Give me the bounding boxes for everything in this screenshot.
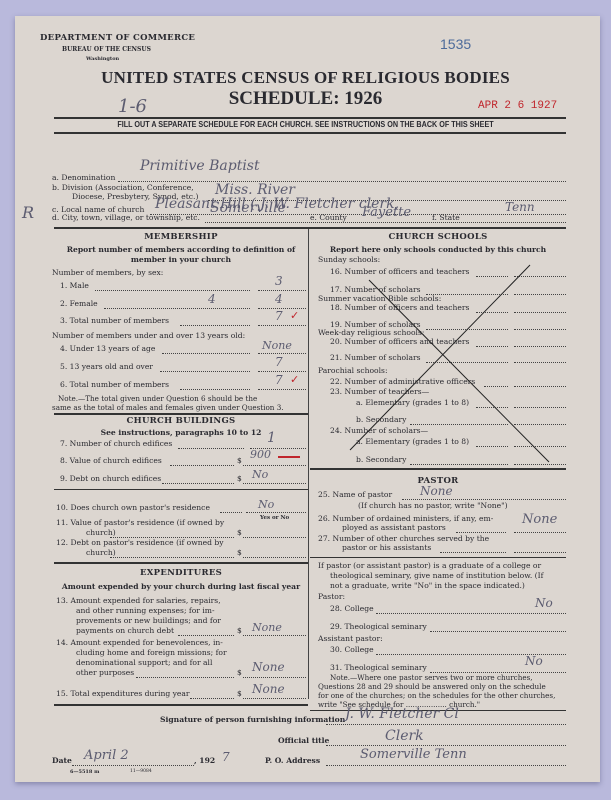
q28-label: 28. College: [330, 604, 374, 613]
dollar-sign: $: [237, 548, 242, 557]
divider: [310, 468, 566, 470]
city-line: [205, 222, 566, 223]
q14-line: [136, 677, 234, 678]
q14-line-3: denominational support; and for all: [76, 658, 212, 667]
red-check-4: 4: [208, 292, 216, 306]
q13-value[interactable]: None: [252, 621, 282, 634]
red-handwritten-mark: 1-6: [118, 96, 147, 117]
q15-label: 15. Total expenditures during year: [56, 689, 190, 698]
residence-debt-answer-line: [243, 557, 306, 558]
city-label: Washington: [86, 56, 119, 62]
q27-answer-line: [514, 552, 566, 553]
residence-line: [220, 512, 242, 513]
q26-answer-line: [514, 532, 566, 533]
po-address-value[interactable]: Somerville Tenn: [360, 747, 467, 762]
q28-value[interactable]: No: [535, 596, 553, 610]
edifices-label: 7. Number of church edifices: [60, 439, 172, 448]
margin-mark: R: [22, 203, 34, 222]
q13-line-2: and other running expenses; for im-: [76, 606, 215, 615]
q26-label-2: ployed as assistant pastors: [342, 523, 446, 532]
female-value[interactable]: 4: [275, 292, 283, 306]
dollar-sign: $: [237, 456, 242, 465]
q26-value[interactable]: None: [522, 512, 557, 527]
denomination-value[interactable]: Primitive Baptist: [140, 158, 260, 174]
department-label: DEPARTMENT OF COMMERCE: [40, 33, 195, 43]
signature-line: [326, 724, 566, 725]
county-value[interactable]: Fayette: [362, 205, 411, 220]
expenditures-sub: Amount expended by your church during la…: [54, 582, 308, 591]
total-value[interactable]: 7: [275, 309, 283, 323]
red-underline: [278, 456, 300, 458]
q27-line: [440, 552, 506, 553]
total2-answer-line: [258, 389, 306, 390]
divider: [54, 227, 566, 229]
under13-line: [162, 353, 250, 354]
form-title: UNITED STATES CENSUS OF RELIGIOUS BODIES: [0, 68, 611, 88]
q15-value[interactable]: None: [252, 682, 285, 696]
pastor-sublabel: Pastor:: [318, 592, 345, 601]
expenditures-heading: EXPENDITURES: [54, 568, 308, 578]
membership-note-2: same as the total of males and females g…: [52, 403, 284, 412]
residence-value-answer-line: [243, 537, 306, 538]
over13-answer-line: [258, 371, 306, 372]
yes-no-hint: Yes or No: [260, 515, 289, 521]
residence-debt-label-2: church): [86, 548, 116, 557]
over13-label: 5. 13 years old and over: [60, 362, 153, 371]
q27-label: 27. Number of other churches served by t…: [318, 534, 489, 543]
po-address-line: [326, 765, 566, 766]
graduate-note-3: not a graduate, write "No" in the space …: [330, 581, 525, 590]
dollar-sign: $: [237, 528, 242, 537]
city-label: d. City, town, village, or township, etc…: [52, 213, 200, 222]
official-title-label: Official title: [278, 736, 329, 745]
total2-label: 6. Total number of members: [60, 380, 169, 389]
received-date-stamp: APR 2 6 1927: [478, 100, 557, 112]
q15-line: [190, 698, 234, 699]
dollar-sign: $: [237, 626, 242, 635]
q26-line: [456, 532, 506, 533]
total-label: 3. Total number of members: [60, 316, 169, 325]
q29-label: 29. Theological seminary: [330, 622, 427, 631]
female-line: [104, 308, 250, 309]
official-title-value[interactable]: Clerk: [385, 728, 424, 744]
graduate-note-1: If pastor (or assistant pastor) is a gra…: [318, 561, 541, 570]
denomination-label: a. Denomination: [52, 173, 115, 182]
q29-line: [430, 631, 566, 632]
instruction-banner: FILL OUT A SEPARATE SCHEDULE FOR EACH CH…: [31, 120, 581, 129]
divider: [54, 132, 566, 134]
membership-sub: Report number of members according to de…: [54, 245, 308, 254]
state-label: f. State: [432, 213, 460, 222]
residence-label: 10. Does church own pastor's residence: [56, 503, 210, 512]
debt-answer-line: [243, 483, 306, 484]
residence-value[interactable]: No: [258, 498, 274, 511]
divider: [54, 117, 566, 119]
q31-value[interactable]: No: [525, 654, 543, 668]
date-line: [72, 765, 194, 766]
divider: [54, 704, 308, 706]
total2-line: [180, 389, 250, 390]
county-label: e. County: [310, 213, 347, 222]
over13-line: [160, 371, 250, 372]
q25-value[interactable]: None: [420, 484, 453, 498]
under13-answer-line: [258, 353, 306, 354]
q27-label-2: pastor or his assistants: [342, 543, 431, 552]
dollar-sign: $: [237, 668, 242, 677]
q25-hint: (If church has no pastor, write "None"): [358, 501, 508, 510]
red-checkmark: ✓: [290, 309, 299, 322]
edifices-value[interactable]: 1: [267, 430, 276, 446]
under13-label: 4. Under 13 years of age: [60, 344, 155, 353]
divider: [54, 562, 308, 564]
pastor-note-3: for one of the churches; on the schedule…: [318, 691, 555, 700]
divider: [54, 413, 308, 415]
total2-value[interactable]: 7: [275, 373, 283, 387]
residence-debt-line: [110, 557, 234, 558]
division-label: b. Division (Association, Conference,: [52, 183, 194, 192]
year-prefix: , 192: [194, 756, 215, 765]
q30-label: 30. College: [330, 645, 374, 654]
membership-heading: MEMBERSHIP: [54, 232, 308, 242]
pastor-note-2: Questions 28 and 29 should be answered o…: [318, 682, 546, 691]
signature-value[interactable]: J. W. Fletcher Cl: [345, 706, 459, 722]
q25-label: 25. Name of pastor: [318, 490, 392, 499]
q28-line: [376, 613, 566, 614]
total-answer-line: [258, 325, 306, 326]
debt-label: 9. Debt on church edifices: [60, 474, 161, 483]
red-checkmark: ✓: [290, 373, 299, 386]
buildings-heading: CHURCH BUILDINGS: [54, 416, 308, 426]
crossed-out-mark: [305, 250, 575, 470]
debt-line: [162, 483, 234, 484]
stamp-number: 1535: [440, 36, 471, 52]
divider: [54, 489, 308, 490]
edifice-value-answer-line: [243, 465, 306, 466]
date-label: Date: [52, 756, 72, 765]
state-value[interactable]: Tenn: [505, 200, 535, 214]
residence-debt-label: 12. Debt on pastor's residence (if owned…: [56, 538, 224, 547]
divider: [310, 557, 566, 558]
q25-line: [402, 499, 566, 500]
dollar-sign: $: [237, 474, 242, 483]
schools-heading: CHURCH SCHOOLS: [310, 232, 566, 242]
over13-value[interactable]: 7: [275, 355, 283, 369]
q13-line-4: payments on church debt: [76, 626, 174, 635]
assistant-sublabel: Assistant pastor:: [318, 634, 383, 643]
by-sex-label: Number of members, by sex:: [52, 268, 163, 277]
edifices-line: [178, 448, 244, 449]
female-label: 2. Female: [60, 299, 98, 308]
residence-answer-line: [246, 512, 306, 513]
q26-label: 26. Number of ordained ministers, if any…: [318, 514, 493, 523]
male-line: [95, 290, 250, 291]
membership-sub-2: member in your church: [54, 255, 308, 264]
q14-line-4: other purposes: [76, 668, 134, 677]
edifice-value-line: [170, 465, 234, 466]
q13-line-3: provements or new buildings; and for: [76, 616, 221, 625]
official-title-line: [326, 745, 566, 746]
debt-value[interactable]: No: [252, 468, 268, 481]
q13-line-1: 13. Amount expended for salaries, repair…: [56, 596, 221, 605]
male-answer-line: [258, 290, 306, 291]
male-value[interactable]: 3: [275, 274, 283, 288]
edifice-value-amount[interactable]: 900: [250, 448, 271, 461]
male-label: 1. Male: [60, 281, 89, 290]
q13-answer-line: [243, 635, 306, 636]
po-address-label: P. O. Address: [265, 756, 320, 765]
form-number: 6—5518 m: [70, 769, 99, 775]
denomination-line: [118, 181, 566, 182]
signature-label: Signature of person furnishing informati…: [160, 715, 345, 724]
membership-note: Note.—The total given under Question 6 s…: [58, 394, 257, 403]
dollar-sign: $: [237, 689, 242, 698]
q14-answer-line: [243, 677, 306, 678]
residence-value-label: 11. Value of pastor's residence (if owne…: [56, 518, 224, 527]
residence-value-label-2: church): [86, 528, 116, 537]
q14-value[interactable]: None: [252, 660, 285, 674]
q13-line: [178, 635, 234, 636]
year-digit[interactable]: 7: [222, 750, 230, 764]
edifice-value-label: 8. Value of church edifices: [60, 456, 162, 465]
city-value[interactable]: Somerville: [210, 200, 286, 216]
q31-label: 31. Theological seminary: [330, 663, 427, 672]
graduate-note-2: theological seminary, give name of insti…: [330, 571, 543, 580]
q14-line-1: 14. Amount expended for benevolences, in…: [56, 638, 223, 647]
pastor-note-1: Note.—Where one pastor serves two or mor…: [330, 673, 533, 682]
bureau-label: BUREAU OF THE CENSUS: [62, 46, 151, 53]
total-line: [180, 325, 250, 326]
q14-line-2: cluding home and foreign missions; for: [76, 648, 227, 657]
date-value[interactable]: April 2: [84, 748, 129, 763]
by-age-label: Number of members under and over 13 year…: [52, 331, 245, 340]
q15-answer-line: [243, 698, 306, 699]
print-number: 11—9084: [130, 769, 152, 774]
under13-value[interactable]: None: [262, 339, 292, 352]
